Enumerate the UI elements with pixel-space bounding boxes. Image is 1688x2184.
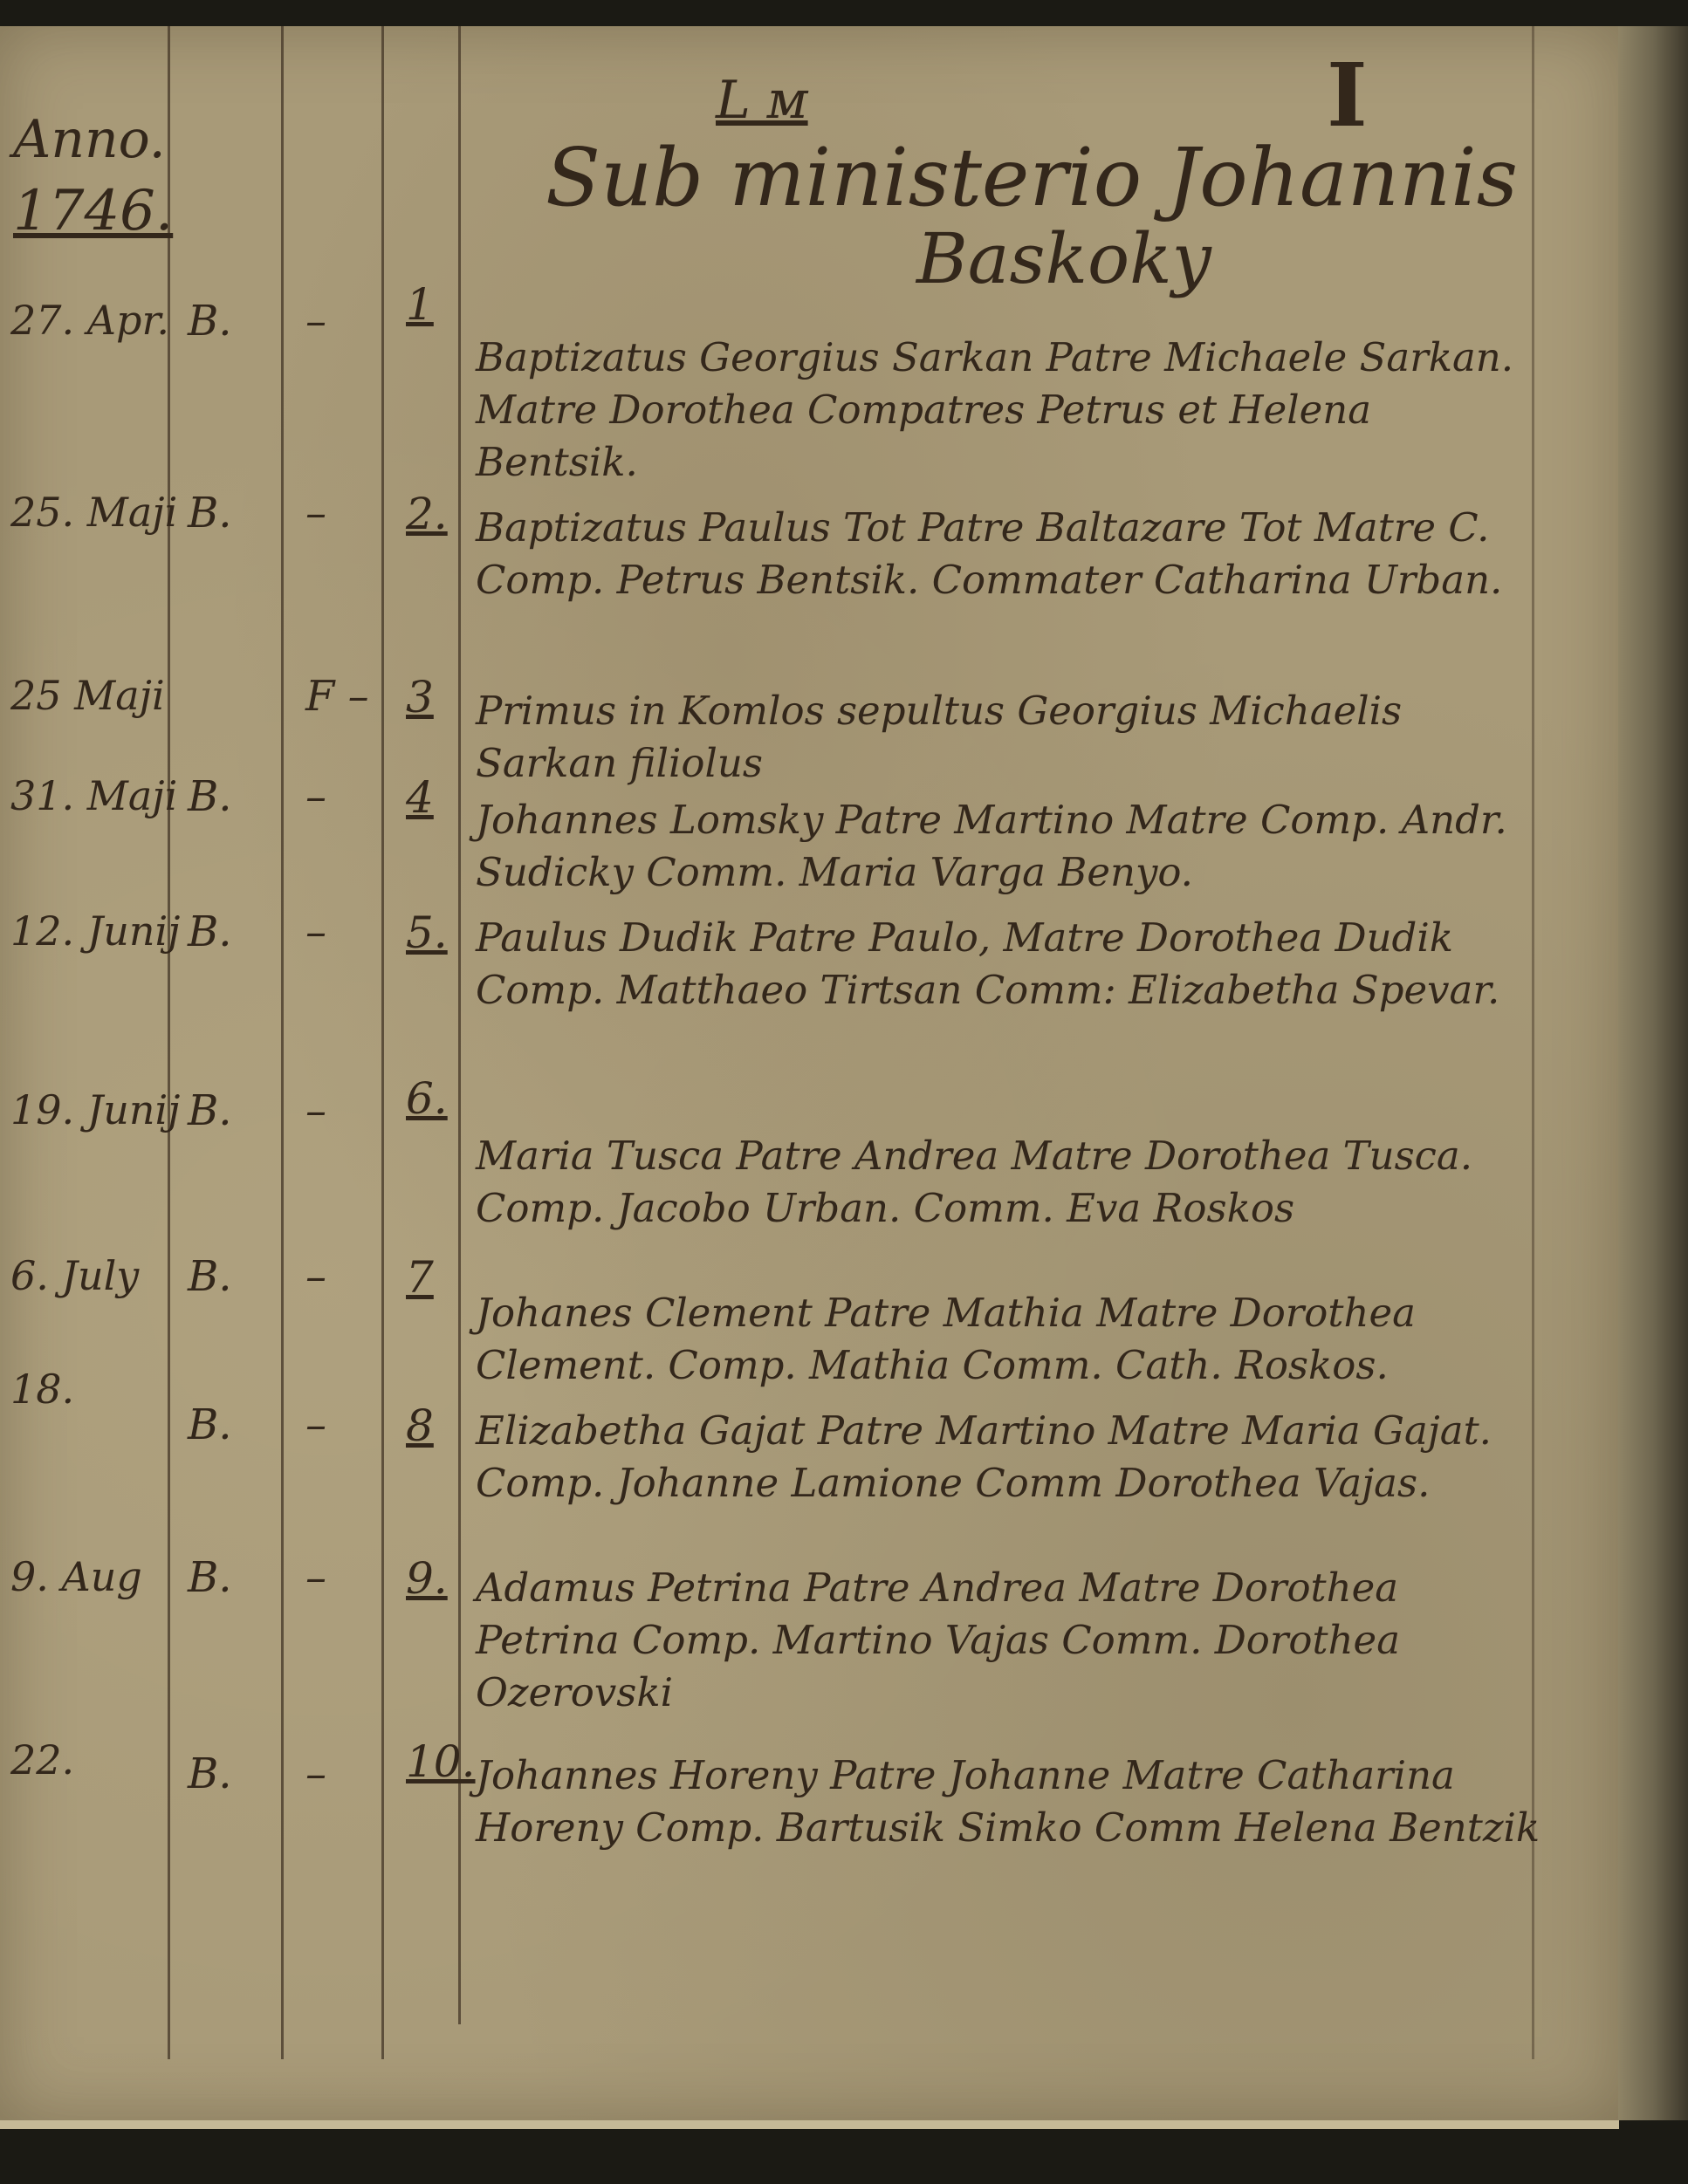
entry-number: 8 — [406, 1400, 434, 1451]
entry-dash: – — [305, 1553, 326, 1602]
entry-number: 1 — [406, 279, 434, 330]
entry-date: 27. Apr. — [10, 297, 169, 344]
entry-date: 9. Aug — [10, 1553, 142, 1600]
entry-type: B. — [188, 1252, 232, 1301]
entry-date: 6. July — [10, 1252, 139, 1299]
entry-type: B. — [188, 297, 232, 346]
entry-number: 4 — [406, 772, 434, 823]
entry-text: Paulus Dudik Patre Paulo, Matre Dorothea… — [476, 912, 1540, 1017]
title-line-2: Baskoky — [916, 218, 1211, 299]
entry-date: 25 Maji — [10, 672, 165, 719]
entry-type: B. — [188, 489, 232, 537]
entry-number: 9. — [406, 1553, 448, 1604]
column-rule — [281, 26, 284, 2059]
entry-dash: – — [305, 489, 326, 537]
entry-type: B. — [188, 772, 232, 821]
entry-type: B. — [188, 1400, 232, 1449]
entry-date: 12. Junij — [10, 907, 180, 955]
entry-date: 18. — [10, 1366, 74, 1413]
entry-text: Johannes Lomsky Patre Martino Matre Comp… — [476, 794, 1540, 899]
entry-dash: – — [305, 772, 326, 821]
entry-dash: – — [305, 1749, 326, 1798]
title-line-1: Sub ministerio Johannis — [546, 131, 1518, 224]
entry-type: B. — [188, 1749, 232, 1798]
entry-number: 7 — [406, 1252, 434, 1303]
entry-text: Baptizatus Georgius Sarkan Patre Michael… — [476, 332, 1540, 489]
anno-label: Anno. — [13, 109, 166, 170]
entry-type: B. — [188, 907, 232, 956]
column-rule — [381, 26, 384, 2059]
entry-dash: – — [305, 1252, 326, 1301]
entry-text: Adamus Petrina Patre Andrea Matre Doroth… — [476, 1562, 1540, 1719]
entry-date: 25. Maji — [10, 489, 177, 536]
entry-date: 19. Junij — [10, 1086, 180, 1133]
entry-text: Johanes Clement Patre Mathia Matre Dorot… — [476, 1287, 1540, 1392]
entry-text: Elizabetha Gajat Patre Martino Matre Mar… — [476, 1405, 1540, 1510]
entry-number: 10. — [406, 1736, 476, 1787]
entry-number: 6. — [406, 1073, 448, 1124]
entry-type: B. — [188, 1553, 232, 1602]
book-edge — [1618, 26, 1688, 2120]
entry-date: 31. Maji — [10, 772, 177, 819]
entry-text: Johannes Horeny Patre Johanne Matre Cath… — [476, 1749, 1540, 1854]
year: 1746. — [13, 179, 173, 243]
entry-number: 2. — [406, 489, 448, 539]
entry-number: 5. — [406, 907, 448, 958]
entry-text: Baptizatus Paulus Tot Patre Baltazare To… — [476, 502, 1540, 606]
column-rule — [458, 26, 461, 2024]
entry-dash: – — [305, 1400, 326, 1449]
entry-dash: – — [305, 1086, 326, 1135]
entry-number: 3 — [406, 672, 434, 722]
entry-type: B. — [188, 1086, 232, 1135]
register-page: L ᴍ I Anno. 1746. Sub ministerio Johanni… — [0, 26, 1619, 2129]
entry-date: 22. — [10, 1736, 74, 1783]
entry-dash: – — [305, 907, 326, 956]
top-mark: L ᴍ — [716, 70, 808, 131]
entry-dash: – — [305, 297, 326, 346]
entry-text: Maria Tusca Patre Andrea Matre Dorothea … — [476, 1130, 1540, 1235]
entry-dash: F – — [305, 672, 369, 721]
entry-text: Primus in Komlos sepultus Georgius Micha… — [476, 685, 1540, 790]
